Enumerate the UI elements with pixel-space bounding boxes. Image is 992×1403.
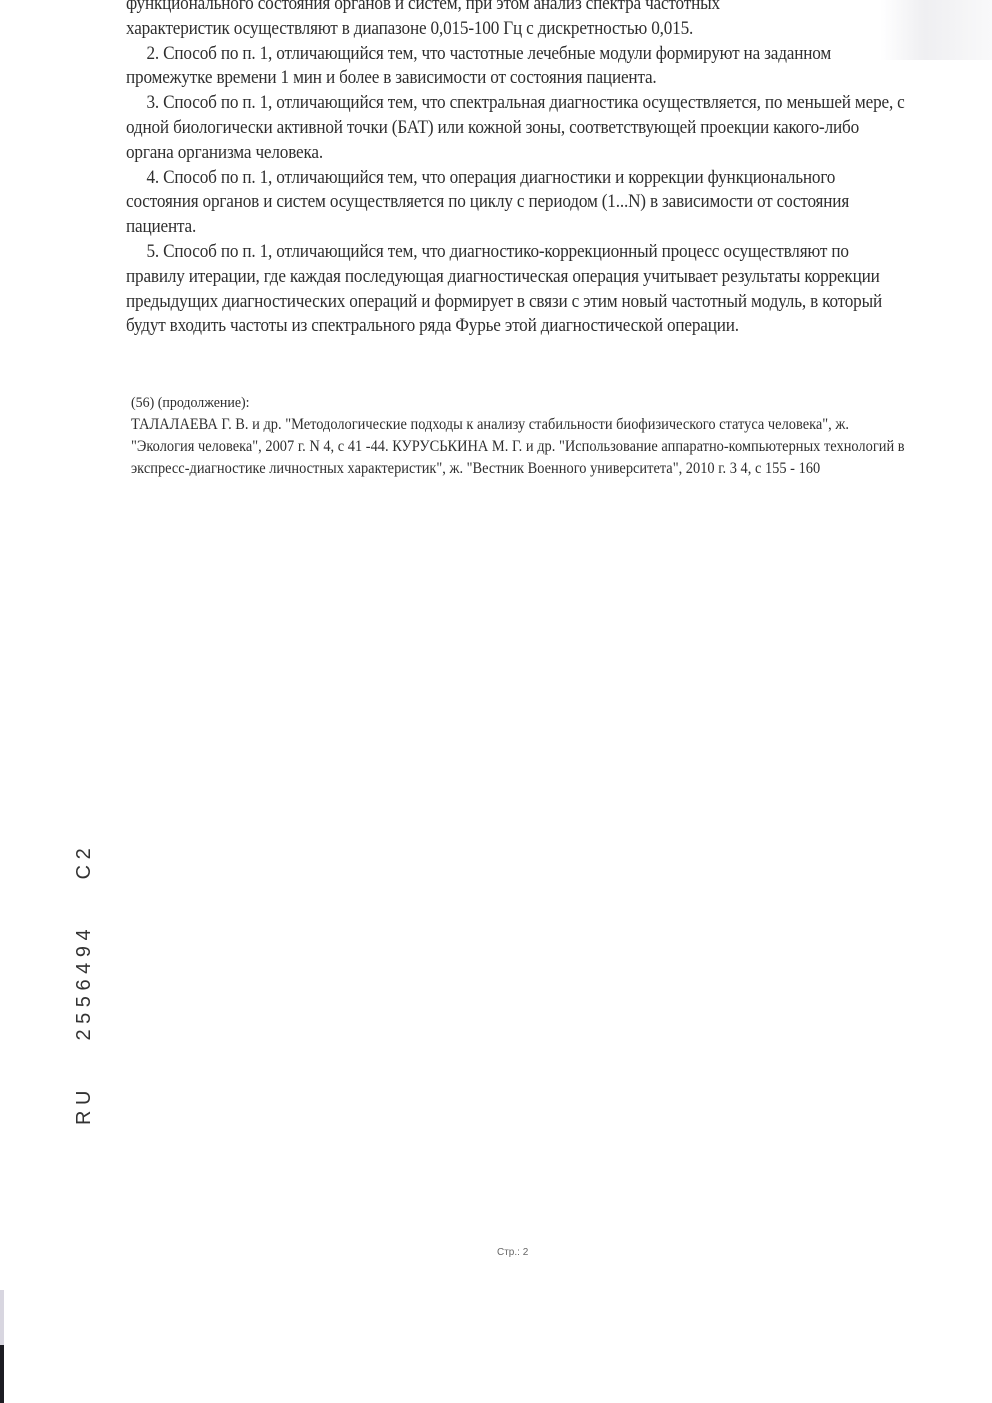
scan-edge-light <box>0 1290 4 1345</box>
references-heading: (56) (продолжение): <box>131 392 912 414</box>
references-text: ТАЛАЛАЕВА Г. В. и др. "Методологические … <box>131 414 912 480</box>
claim-5: 5. Способ по п. 1, отличающийся тем, что… <box>126 240 907 339</box>
claim-1-continuation-line-1: функционального состояния органов и сист… <box>126 0 907 17</box>
claim-1-continuation-line-2: характеристик осуществляют в диапазоне 0… <box>126 17 907 42</box>
patent-number-vertical: R U2 5 5 6 4 9 4C 2 <box>73 848 96 1125</box>
page-number: Стр.: 2 <box>497 1247 528 1258</box>
claims-section: функционального состояния органов и сист… <box>126 0 907 339</box>
references-section: (56) (продолжение): ТАЛАЛАЕВА Г. В. и др… <box>131 392 912 480</box>
scan-edge-dark <box>0 1345 4 1403</box>
claim-2: 2. Способ по п. 1, отличающийся тем, что… <box>126 42 907 92</box>
patent-kind-code: C 2 <box>73 848 96 879</box>
claim-3: 3. Способ по п. 1, отличающийся тем, что… <box>126 91 907 165</box>
patent-number: 2 5 5 6 4 9 4 <box>73 929 96 1040</box>
patent-country-code: R U <box>73 1091 96 1125</box>
claim-4: 4. Способ по п. 1, отличающийся тем, что… <box>126 166 907 240</box>
